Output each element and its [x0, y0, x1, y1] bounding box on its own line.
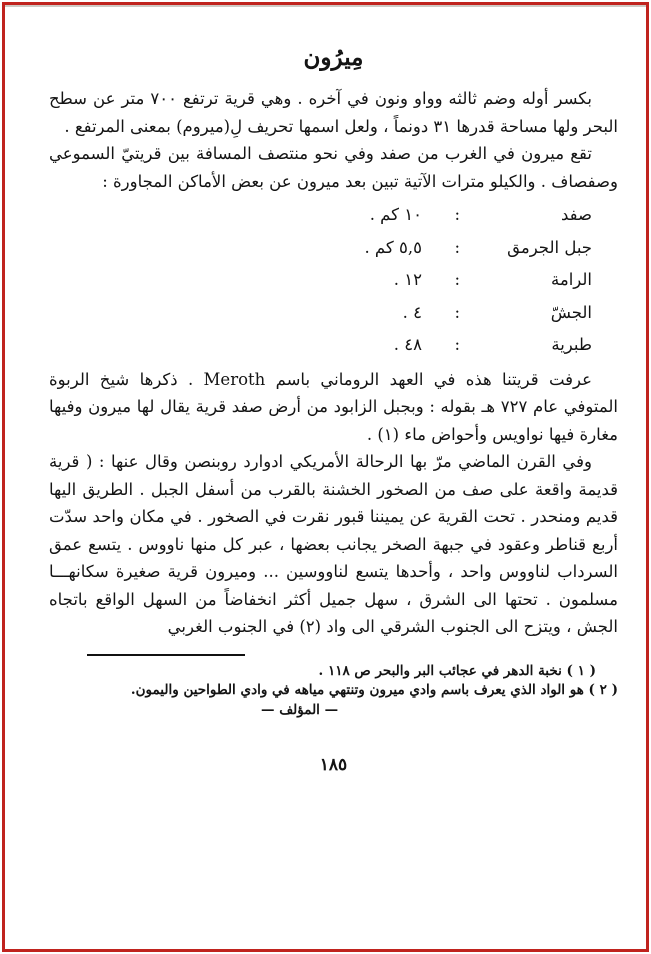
distance-value: ١٢ .	[394, 264, 422, 297]
distance-colon: :	[422, 264, 460, 297]
page-content: مِيرُون بكسر أوله وضم ثالثه وواو ونون في…	[5, 5, 646, 780]
distance-colon: :	[422, 329, 460, 362]
distance-list: صفد : ١٠ كم . جبل الجرمق : ٥,٥ كم . الرا…	[49, 199, 592, 362]
page-number: ١٨٥	[49, 752, 618, 780]
distance-row: صفد : ١٠ كم .	[49, 199, 592, 232]
distance-value: ١٠ كم .	[370, 199, 422, 232]
distance-value: ٤ .	[403, 297, 422, 330]
paragraph-robinson: وفي القرن الماضي مرّ بها الرحالة الأمريك…	[49, 448, 618, 641]
footnote-1: ( ١ ) نخبة الدهر في عجائب البر والبحر ص …	[49, 662, 618, 682]
paragraph-intro: بكسر أوله وضم ثالثه وواو ونون في آخره . …	[49, 85, 618, 140]
distance-place: الجشّ	[460, 297, 592, 330]
paragraph-history: عرفت قريتنا هذه في العهد الروماني باسم M…	[49, 366, 618, 449]
paragraph-location: تقع ميرون في الغرب من صفد وفي نحو منتصف …	[49, 140, 618, 195]
distance-place: طبرية	[460, 329, 592, 362]
distance-value: ٤٨ .	[394, 329, 422, 362]
footnote-author-signature: — المؤلف —	[49, 701, 618, 721]
book-page: مِيرُون بكسر أوله وضم ثالثه وواو ونون في…	[2, 2, 649, 952]
footnote-separator-wrap	[49, 651, 618, 656]
distance-place: صفد	[460, 199, 592, 232]
scan-top-shadow	[5, 5, 646, 7]
footnote-separator-line	[87, 654, 245, 656]
page-title: مِيرُون	[49, 43, 618, 73]
distance-colon: :	[422, 199, 460, 232]
distance-row: طبرية : ٤٨ .	[49, 329, 592, 362]
distance-row: الرامة : ١٢ .	[49, 264, 592, 297]
distance-colon: :	[422, 232, 460, 265]
distance-row: الجشّ : ٤ .	[49, 297, 592, 330]
distance-colon: :	[422, 297, 460, 330]
footnotes: ( ١ ) نخبة الدهر في عجائب البر والبحر ص …	[49, 662, 618, 721]
footnote-2: ( ٢ ) هو الواد الذي يعرف باسم وادي ميرون…	[49, 681, 618, 701]
distance-row: جبل الجرمق : ٥,٥ كم .	[49, 232, 592, 265]
distance-value: ٥,٥ كم .	[364, 232, 422, 265]
distance-place: جبل الجرمق	[460, 232, 592, 265]
distance-place: الرامة	[460, 264, 592, 297]
